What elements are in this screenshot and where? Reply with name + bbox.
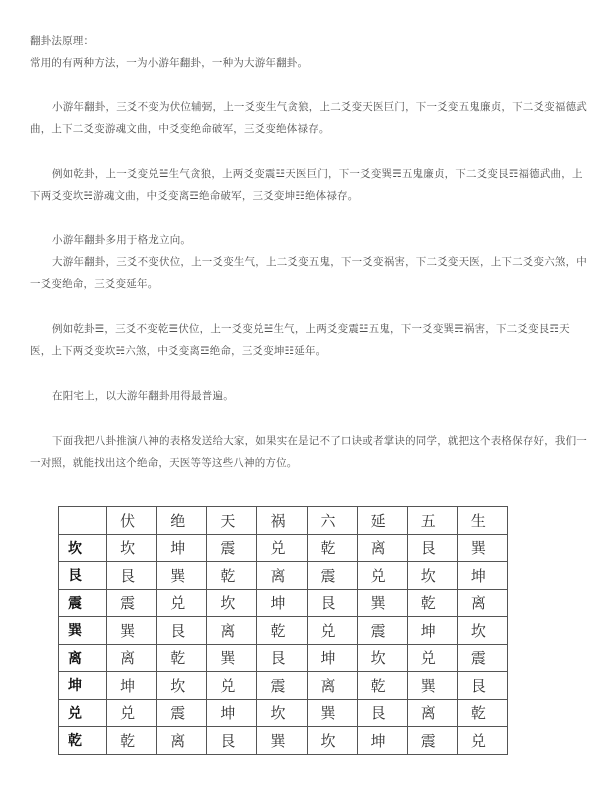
- table-cell: 离: [107, 644, 157, 672]
- section-title: 翻卦法原理：: [30, 30, 590, 52]
- header-cell: 延: [357, 507, 407, 535]
- xiao-youyan-usage-paragraph: 小游年翻卦多用于格龙立向。: [30, 229, 590, 251]
- table-cell: 兑: [107, 699, 157, 727]
- table-cell: 巽: [107, 617, 157, 645]
- xiao-youyan-example-paragraph: 例如乾卦，上一爻变兑☱生气贪狼，上两爻变震☳天医巨门，下一爻变巽☴五鬼廉贞，下二…: [30, 163, 590, 207]
- table-cell: 震: [407, 727, 457, 755]
- table-cell: 坎: [257, 699, 307, 727]
- table-cell: 坤: [257, 589, 307, 617]
- table-cell: 兑: [307, 617, 357, 645]
- table-cell: 兑: [407, 644, 457, 672]
- table-cell: 乾: [107, 727, 157, 755]
- header-cell: 六: [307, 507, 357, 535]
- table-cell: 震: [307, 562, 357, 590]
- table-cell: 乾: [157, 644, 207, 672]
- table-cell: 离: [207, 617, 257, 645]
- table-row: 巽 巽 艮 离 乾 兑 震 坤 坎: [59, 617, 508, 645]
- table-row: 坎 坎 坤 震 兑 乾 离 艮 巽: [59, 534, 508, 562]
- table-cell: 乾: [357, 672, 407, 700]
- table-cell: 艮: [107, 562, 157, 590]
- table-cell: 艮: [307, 589, 357, 617]
- table-cell: 兑: [357, 562, 407, 590]
- table-cell: 坎: [357, 644, 407, 672]
- table-corner-cell: [59, 507, 107, 535]
- table-cell: 离: [357, 534, 407, 562]
- table-cell: 离: [157, 727, 207, 755]
- table-cell: 坤: [407, 617, 457, 645]
- header-cell: 绝: [157, 507, 207, 535]
- table-header-row: 伏 绝 天 祸 六 延 五 生: [59, 507, 508, 535]
- table-cell: 坤: [357, 727, 407, 755]
- table-cell: 坎: [157, 672, 207, 700]
- yangzhai-paragraph: 在阳宅上，以大游年翻卦用得最普遍。: [30, 385, 590, 407]
- table-cell: 震: [357, 617, 407, 645]
- intro-paragraph: 常用的有两种方法，一为小游年翻卦，一种为大游年翻卦。: [30, 52, 590, 74]
- table-cell: 坤: [307, 644, 357, 672]
- table-cell: 坎: [207, 589, 257, 617]
- table-cell: 巽: [307, 699, 357, 727]
- table-cell: 乾: [257, 617, 307, 645]
- table-cell: 艮: [207, 727, 257, 755]
- table-cell: 兑: [257, 534, 307, 562]
- table-cell: 坤: [457, 562, 507, 590]
- table-row: 乾 乾 离 艮 巽 坎 坤 震 兑: [59, 727, 508, 755]
- table-cell: 离: [457, 589, 507, 617]
- row-header: 兑: [59, 699, 107, 727]
- header-cell: 天: [207, 507, 257, 535]
- table-cell: 离: [307, 672, 357, 700]
- table-cell: 坎: [457, 617, 507, 645]
- table-row: 离 离 乾 巽 艮 坤 坎 兑 震: [59, 644, 508, 672]
- table-cell: 坤: [207, 699, 257, 727]
- table-cell: 乾: [457, 699, 507, 727]
- xiao-youyan-paragraph: 小游年翻卦，三爻不变为伏位辅弼，上一爻变生气贪狼，上二爻变天医巨门，下一爻变五鬼…: [30, 96, 590, 140]
- row-header: 巽: [59, 617, 107, 645]
- table-cell: 艮: [157, 617, 207, 645]
- table-cell: 巽: [207, 644, 257, 672]
- table-cell: 震: [257, 672, 307, 700]
- table-cell: 乾: [407, 589, 457, 617]
- table-row: 震 震 兑 坎 坤 艮 巽 乾 离: [59, 589, 508, 617]
- table-cell: 兑: [457, 727, 507, 755]
- table-cell: 兑: [207, 672, 257, 700]
- table-cell: 艮: [257, 644, 307, 672]
- table-cell: 离: [407, 699, 457, 727]
- header-cell: 伏: [107, 507, 157, 535]
- row-header: 坎: [59, 534, 107, 562]
- da-youyan-paragraph: 大游年翻卦，三爻不变伏位，上一爻变生气，上二爻变五鬼，下一爻变祸害，下二爻变天医…: [30, 251, 590, 295]
- table-cell: 震: [157, 699, 207, 727]
- table-row: 坤 坤 坎 兑 震 离 乾 巽 艮: [59, 672, 508, 700]
- table-cell: 坎: [307, 727, 357, 755]
- header-cell: 五: [407, 507, 457, 535]
- row-header: 坤: [59, 672, 107, 700]
- table-cell: 巽: [157, 562, 207, 590]
- table-cell: 艮: [357, 699, 407, 727]
- table-cell: 巽: [257, 727, 307, 755]
- table-cell: 坤: [107, 672, 157, 700]
- table-row: 艮 艮 巽 乾 离 震 兑 坎 坤: [59, 562, 508, 590]
- table-cell: 巽: [357, 589, 407, 617]
- table-cell: 巽: [457, 534, 507, 562]
- bagua-eight-gods-table: 伏 绝 天 祸 六 延 五 生 坎 坎 坤 震 兑 乾 离 艮 巽 艮 艮 巽 …: [58, 506, 508, 755]
- table-cell: 兑: [157, 589, 207, 617]
- table-cell: 乾: [207, 562, 257, 590]
- table-cell: 离: [257, 562, 307, 590]
- row-header: 艮: [59, 562, 107, 590]
- table-cell: 艮: [457, 672, 507, 700]
- table-cell: 震: [107, 589, 157, 617]
- table-cell: 坎: [107, 534, 157, 562]
- row-header: 离: [59, 644, 107, 672]
- table-cell: 乾: [307, 534, 357, 562]
- table-cell: 艮: [407, 534, 457, 562]
- table-cell: 震: [207, 534, 257, 562]
- row-header: 乾: [59, 727, 107, 755]
- table-cell: 坤: [157, 534, 207, 562]
- da-youyan-example-paragraph: 例如乾卦☰，三爻不变乾☰伏位，上一爻变兑☱生气，上两爻变震☳五鬼，下一爻变巽☴祸…: [30, 318, 590, 362]
- table-cell: 坎: [407, 562, 457, 590]
- row-header: 震: [59, 589, 107, 617]
- table-cell: 震: [457, 644, 507, 672]
- header-cell: 生: [457, 507, 507, 535]
- header-cell: 祸: [257, 507, 307, 535]
- table-cell: 巽: [407, 672, 457, 700]
- table-row: 兑 兑 震 坤 坎 巽 艮 离 乾: [59, 699, 508, 727]
- table-intro-paragraph: 下面我把八卦推演八神的表格发送给大家，如果实在是记不了口诀或者掌诀的同学，就把这…: [30, 430, 590, 474]
